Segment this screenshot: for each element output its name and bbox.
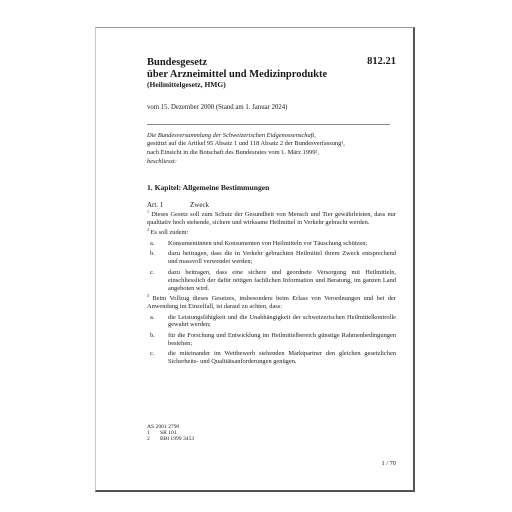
- paragraph-number: 1: [147, 209, 149, 214]
- list-marker: a.: [147, 314, 168, 330]
- preamble-line: gestützt auf die Artikel 95 Absatz 1 und…: [147, 140, 397, 148]
- list-marker: a.: [147, 240, 168, 248]
- article-number: Art. 1: [147, 201, 163, 209]
- paragraph-number: 3: [147, 293, 149, 298]
- paragraph-text: Dieses Gesetz soll zum Schutz der Gesund…: [147, 211, 396, 226]
- divider: [147, 124, 390, 125]
- list-item: b.dazu beitragen, dass die in Verkehr ge…: [147, 250, 396, 266]
- list-text: dazu beitragen, dass die in Verkehr gebr…: [168, 250, 396, 266]
- list-item: c.die miteinander im Wettbewerb stehende…: [147, 350, 396, 366]
- list-text: Konsumentinnen und Konsumenten von Heilm…: [168, 240, 396, 248]
- article-title: Zweck: [190, 201, 209, 209]
- footnote-text: BBl 1999 3453: [160, 436, 194, 442]
- footnote-number: 2: [147, 436, 160, 442]
- preamble-line: Die Bundesversammlung der Schweizerische…: [147, 132, 397, 140]
- paragraph-2: 2 Es soll zudem:: [147, 229, 396, 237]
- list-text: die Leistungsfähigkeit und die Unabhängi…: [168, 314, 396, 330]
- document-page: Bundesgesetz über Arzneimittel und Mediz…: [95, 27, 415, 492]
- footnote: 2BBl 1999 3453: [147, 436, 194, 442]
- list-text: dazu beitragen, dass eine sichere und ge…: [168, 269, 396, 293]
- list-item: a.Konsumentinnen und Konsumenten von Hei…: [147, 240, 396, 248]
- list-text: die miteinander im Wettbewerb stehenden …: [168, 350, 396, 366]
- law-title: Bundesgesetz über Arzneimittel und Mediz…: [147, 57, 367, 80]
- page-number: 1 / 70: [381, 460, 396, 467]
- list-marker: c.: [147, 269, 168, 293]
- preamble: Die Bundesversammlung der Schweizerische…: [147, 132, 397, 166]
- list-marker: b.: [147, 332, 168, 348]
- chapter-heading: 1. Kapitel: Allgemeine Bestimmungen: [147, 183, 269, 192]
- paragraph-text: Es soll zudem:: [151, 229, 189, 236]
- list-item: b.für die Forschung und Entwicklung im H…: [147, 332, 396, 348]
- list-text: für die Forschung und Entwicklung im Hei…: [168, 332, 396, 348]
- law-short-title: (Heilmittelgesetz, HMG): [147, 80, 226, 89]
- footnotes: AS 2001 2790 1SR 101 2BBl 1999 3453: [147, 424, 194, 442]
- title-line-2: über Arzneimittel und Medizinprodukte: [147, 69, 367, 81]
- law-date: vom 15. Dezember 2000 (Stand am 1. Janua…: [147, 104, 287, 111]
- title-line-1: Bundesgesetz: [147, 57, 367, 69]
- paragraph-number: 2: [147, 227, 149, 232]
- preamble-line: nach Einsicht in die Botschaft des Bunde…: [147, 149, 397, 157]
- list-marker: c.: [147, 350, 168, 366]
- article-body: 1 Dieses Gesetz soll zum Schutz der Gesu…: [147, 211, 396, 369]
- paragraph-3: 3 Beim Vollzug dieses Gesetzes, insbeson…: [147, 295, 396, 311]
- list-item: a.die Leistungsfähigkeit und die Unabhän…: [147, 314, 396, 330]
- sr-number: 812.21: [367, 56, 396, 67]
- paragraph-text: Beim Vollzug dieses Gesetzes, insbesonde…: [147, 295, 396, 310]
- article-heading: Art. 1 Zweck: [147, 201, 163, 209]
- list-item: c.dazu beitragen, dass eine sichere und …: [147, 269, 396, 293]
- list-marker: b.: [147, 250, 168, 266]
- preamble-line: beschliesst:: [147, 158, 397, 166]
- paragraph-1: 1 Dieses Gesetz soll zum Schutz der Gesu…: [147, 211, 396, 227]
